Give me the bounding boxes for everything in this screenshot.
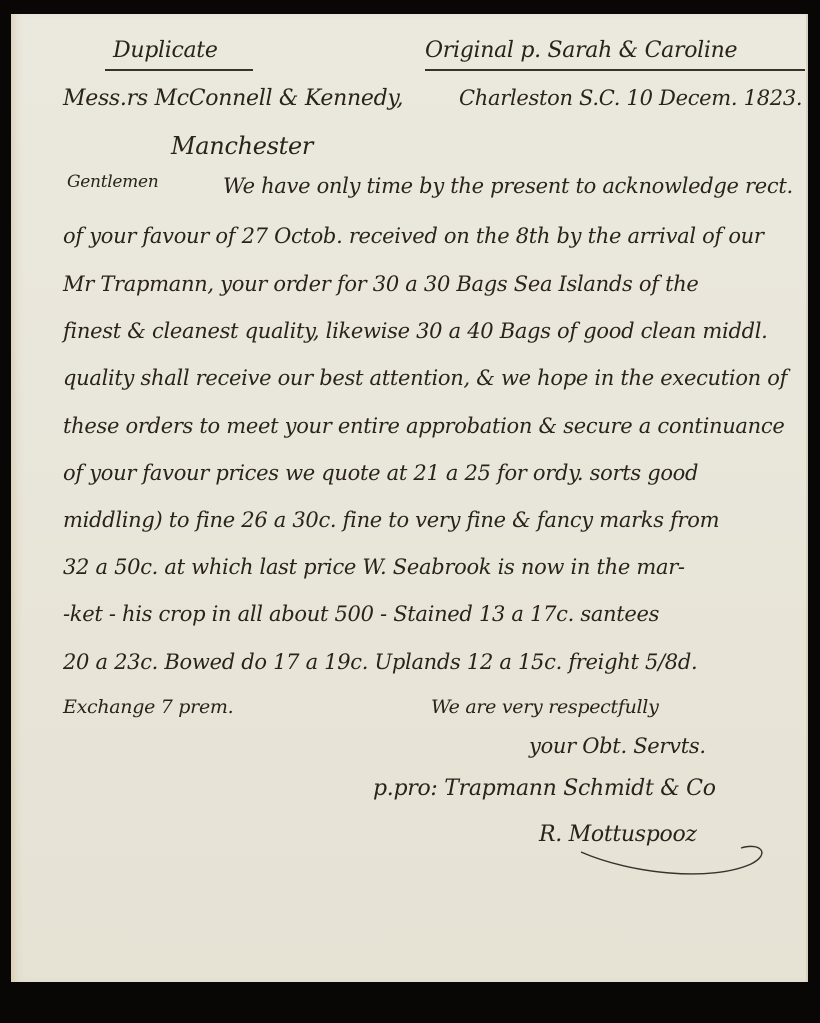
signature-firm: p.pro: Trapmann Schmidt & Co	[373, 776, 716, 801]
body-line: quality shall receive our best attention…	[63, 366, 787, 390]
letter-page: Duplicate Original p. Sarah & Caroline M…	[11, 14, 808, 982]
body-line: these orders to meet your entire approba…	[63, 414, 784, 438]
body-line: 20 a 23c. Bowed do 17 a 19c. Uplands 12 …	[63, 650, 697, 674]
header-duplicate: Duplicate	[113, 38, 218, 63]
closing-servants: your Obt. Servts.	[529, 734, 706, 758]
salutation: Gentlemen	[67, 172, 158, 192]
header-original-ship: Original p. Sarah & Caroline	[425, 38, 737, 63]
signature-flourish	[571, 834, 791, 894]
body-line: finest & cleanest quality, likewise 30 a…	[63, 319, 768, 343]
body-line: We have only time by the present to ackn…	[223, 174, 793, 198]
body-line: of your favour prices we quote at 21 a 2…	[63, 461, 698, 485]
body-line: middling) to fine 26 a 30c. fine to very…	[63, 508, 719, 532]
body-line: -ket - his crop in all about 500 - Stain…	[63, 602, 659, 626]
city: Manchester	[171, 132, 313, 160]
addressee: Mess.rs McConnell & Kennedy,	[63, 86, 403, 111]
body-line: of your favour of 27 Octob. received on …	[63, 224, 764, 248]
place-date: Charleston S.C. 10 Decem. 1823.	[459, 86, 802, 110]
body-line: 32 a 50c. at which last price W. Seabroo…	[63, 555, 685, 579]
duplicate-underline	[105, 69, 253, 71]
closing: We are very respectfully	[431, 696, 659, 718]
body-line: Mr Trapmann, your order for 30 a 30 Bags…	[63, 272, 699, 296]
body-line: Exchange 7 prem.	[63, 696, 233, 718]
original-underline	[425, 69, 805, 71]
